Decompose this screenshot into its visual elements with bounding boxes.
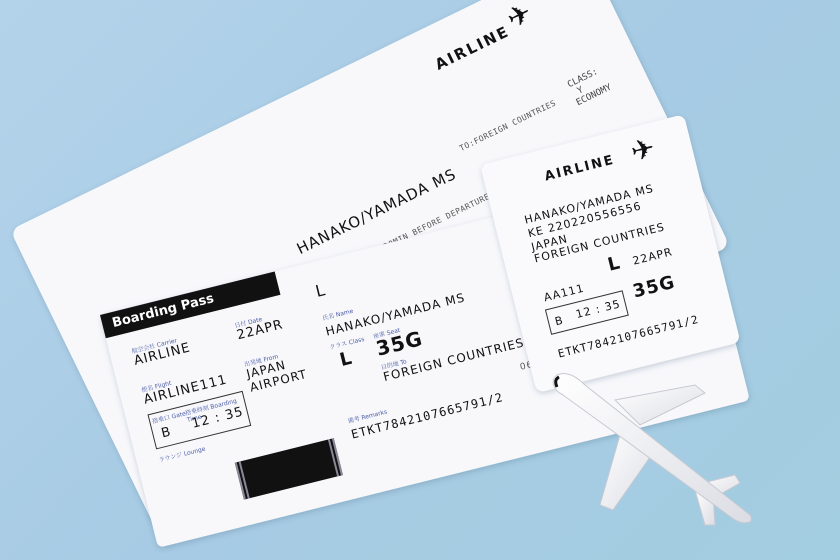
- stub-airline: AIRLINE: [543, 153, 616, 185]
- stub-gate: B: [554, 314, 565, 329]
- to-text: TO:FOREIGN COUNTRIES: [458, 98, 558, 153]
- toy-airplane: [545, 365, 765, 545]
- gate-label: 搭乗口 Gate: [151, 408, 186, 425]
- barcode: [235, 438, 343, 500]
- top-class: L: [313, 280, 327, 301]
- stub-date: 22APR: [631, 245, 674, 267]
- stub-time: 12 : 35: [574, 297, 621, 321]
- stub-class: L: [606, 252, 623, 275]
- gate-value: B: [160, 424, 173, 441]
- class-value: L: [338, 348, 355, 371]
- stub-seat: 35G: [631, 272, 678, 303]
- airplane-icon: ✈: [627, 131, 659, 169]
- class-block: CLASS: Y ECONOMY: [566, 65, 613, 109]
- airline-logo-text: AIRLINE: [432, 22, 512, 74]
